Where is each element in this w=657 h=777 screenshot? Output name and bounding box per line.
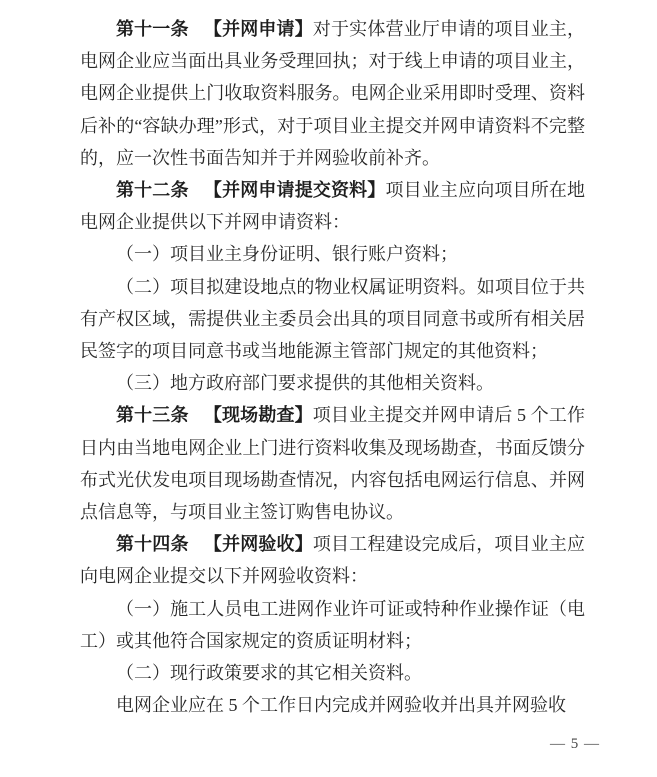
article-12-item-3: （三）地方政府部门要求提供的其他相关资料。 — [80, 367, 585, 399]
article-14-closing-line: 电网企业应在 5 个工作日内完成并网验收并出具并网验收 — [80, 689, 585, 721]
article-12-item-1: （一）项目业主身份证明、银行账户资料； — [80, 238, 585, 270]
list-item-text: （二）现行政策要求的其它相关资料。 — [116, 663, 422, 683]
page-number: — 5 — — [550, 736, 600, 753]
document-body: 第十一条【并网申请】对于实体营业厅申请的项目业主，电网企业应当面出具业务受理回执… — [80, 13, 585, 721]
article-11-number: 第十一条 — [116, 19, 189, 39]
article-14-title: 【并网验收】 — [204, 534, 313, 554]
article-14-number: 第十四条 — [116, 534, 189, 554]
article-12-item-2: （二）项目拟建设地点的物业权属证明资料。如项目位于共有产权区域，需提供业主委员会… — [80, 271, 585, 368]
article-14-paragraph: 第十四条【并网验收】项目工程建设完成后，项目业主应向电网企业提交以下并网验收资料… — [80, 528, 585, 592]
article-12-paragraph: 第十二条【并网申请提交资料】项目业主应向项目所在地电网企业提供以下并网申请资料： — [80, 174, 585, 238]
article-13-number: 第十三条 — [116, 405, 189, 425]
article-11-title: 【并网申请】 — [204, 19, 313, 39]
list-item-text: （一）施工人员电工进网作业许可证或特种作业操作证（电工）或其他符合国家规定的资质… — [80, 599, 585, 651]
article-14-item-2: （二）现行政策要求的其它相关资料。 — [80, 657, 585, 689]
closing-line-text: 电网企业应在 5 个工作日内完成并网验收并出具并网验收 — [116, 695, 566, 715]
article-13-title: 【现场勘查】 — [204, 405, 313, 425]
list-item-text: （三）地方政府部门要求提供的其他相关资料。 — [116, 373, 494, 393]
article-13-paragraph: 第十三条【现场勘查】项目业主提交并网申请后 5 个工作日内由当地电网企业上门进行… — [80, 399, 585, 528]
article-11-paragraph: 第十一条【并网申请】对于实体营业厅申请的项目业主，电网企业应当面出具业务受理回执… — [80, 13, 585, 174]
article-12-number: 第十二条 — [116, 180, 189, 200]
article-12-title: 【并网申请提交资料】 — [204, 180, 386, 200]
article-11-body: 对于实体营业厅申请的项目业主，电网企业应当面出具业务受理回执；对于线上申请的项目… — [80, 19, 585, 168]
article-14-item-1: （一）施工人员电工进网作业许可证或特种作业操作证（电工）或其他符合国家规定的资质… — [80, 593, 585, 657]
list-item-text: （一）项目业主身份证明、银行账户资料； — [116, 244, 458, 264]
list-item-text: （二）项目拟建设地点的物业权属证明资料。如项目位于共有产权区域，需提供业主委员会… — [80, 277, 585, 361]
document-page: 第十一条【并网申请】对于实体营业厅申请的项目业主，电网企业应当面出具业务受理回执… — [0, 0, 657, 777]
